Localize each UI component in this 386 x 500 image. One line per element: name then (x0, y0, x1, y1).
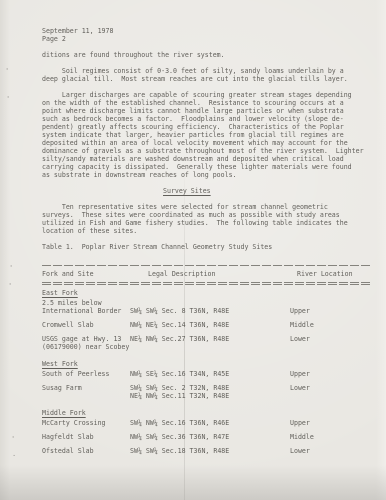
river-location-cell: Upper (290, 299, 372, 315)
body-paragraph: ditions are found throughout the river s… (42, 51, 372, 59)
doc-header: September 11, 1978 Page 2 (42, 27, 372, 43)
site-cell: Susag Farm (42, 384, 130, 400)
table-top-rule (42, 265, 372, 266)
river-location-cell: Middle (290, 433, 372, 441)
fork-group-heading: Middle Fork (42, 409, 372, 417)
legal-description-cell: SW¼ SW¼ Sec.18 T36N, R48E (130, 447, 290, 455)
site-cell: South of Peerless (42, 370, 130, 378)
body-paragraph: Ten representative sites were selected f… (42, 203, 372, 235)
table-header-row: Fork and Site Legal Description River Lo… (42, 270, 372, 278)
fork-group-heading-label: Middle Fork (42, 409, 86, 417)
fork-group-heading: East Fork (42, 289, 372, 297)
scanned-page: ' ' ' ' ' . September 11, 1978 Page 2 di… (0, 0, 386, 500)
legal-description-cell: SW¼ NW¼ Sec.16 T36N, R46E (130, 419, 290, 427)
table-row: South of PeerlessNW¼ SE¼ Sec.16 T34N, R4… (42, 370, 372, 378)
table-caption: Table 1. Poplar River Stream Channel Geo… (42, 243, 372, 251)
table-header-rule (42, 282, 372, 285)
legal-description-cell: SW¼ SW¼ Sec. 2 T32N, R48E NE¼ NW¼ Sec.11… (130, 384, 290, 400)
section-heading-label: Survey Sites (163, 187, 211, 195)
table-row: 2.5 miles below International Border SW¼… (42, 299, 372, 315)
site-cell: McCarty Crossing (42, 419, 130, 427)
legal-description-cell: NW¼ SE¼ Sec.16 T34N, R45E (130, 370, 290, 378)
legal-description-cell: SW¼ SW¼ Sec. 8 T36N, R48E (130, 299, 290, 315)
table-body: East Fork2.5 miles below International B… (42, 289, 372, 455)
table-row: USGS gage at Hwy. 13 (06179000) near Sco… (42, 335, 372, 351)
document-body: September 11, 1978 Page 2 ditions are fo… (0, 0, 386, 455)
site-cell: Hagfeldt Slab (42, 433, 130, 441)
table-row: Cromwell SlabNW¼ NE¼ Sec.14 T36N, R48EMi… (42, 321, 372, 329)
section-heading: Survey Sites (42, 187, 372, 195)
fork-group-heading: West Fork (42, 360, 372, 368)
legal-description-cell: NW¼ NE¼ Sec.14 T36N, R48E (130, 321, 290, 329)
site-cell: Ofstedal Slab (42, 447, 130, 455)
body-paragraph: Soil regimes consist of 0-3.0 feet of si… (42, 67, 372, 83)
site-cell: 2.5 miles below International Border (42, 299, 130, 315)
fork-group-heading-label: East Fork (42, 289, 78, 297)
river-location-cell: Middle (290, 321, 372, 329)
table-row: McCarty CrossingSW¼ NW¼ Sec.16 T36N, R46… (42, 419, 372, 427)
body-paragraph: Larger discharges are capable of scourin… (42, 91, 372, 179)
doc-date: September 11, 1978 (42, 27, 372, 35)
river-location-cell: Lower (290, 447, 372, 455)
river-location-cell: Lower (290, 335, 372, 351)
site-cell: Cromwell Slab (42, 321, 130, 329)
site-cell: USGS gage at Hwy. 13 (06179000) near Sco… (42, 335, 130, 351)
table-row: Susag FarmSW¼ SW¼ Sec. 2 T32N, R48E NE¼ … (42, 384, 372, 400)
column-header-fork-and-site: Fork and Site (42, 270, 130, 278)
doc-page-number: Page 2 (42, 35, 372, 43)
table-row: Hagfeldt SlabNW¼ SW¼ Sec.36 T36N, R47EMi… (42, 433, 372, 441)
legal-description-cell: NE¼ NW¼ Sec.27 T36N, R48E (130, 335, 290, 351)
legal-description-cell: NW¼ SW¼ Sec.36 T36N, R47E (130, 433, 290, 441)
river-location-cell: Lower (290, 384, 372, 400)
table-row: Ofstedal SlabSW¼ SW¼ Sec.18 T36N, R48ELo… (42, 447, 372, 455)
column-header-river-location: River Location (290, 270, 372, 278)
column-header-legal-description: Legal Description (130, 270, 290, 278)
river-location-cell: Upper (290, 370, 372, 378)
river-location-cell: Upper (290, 419, 372, 427)
fork-group-heading-label: West Fork (42, 360, 78, 368)
